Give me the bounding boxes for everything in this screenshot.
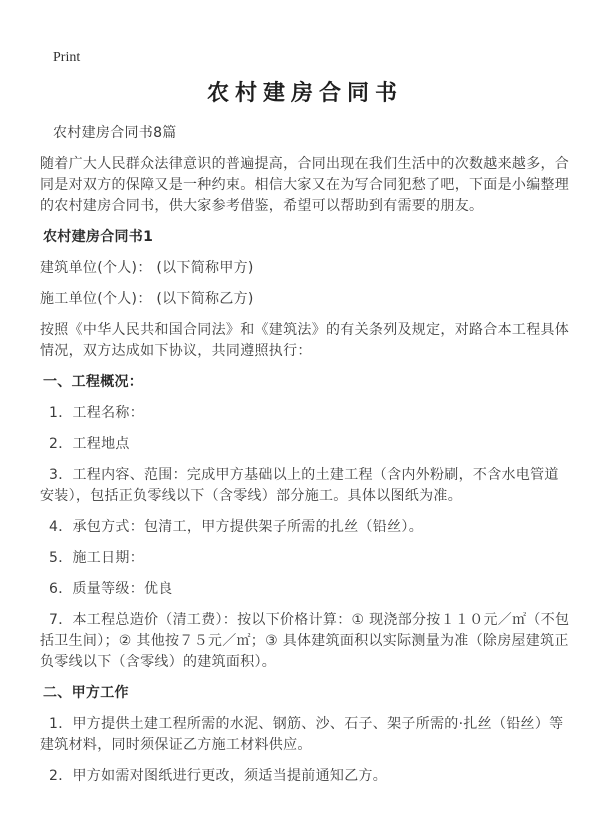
document-page: Print 农村建房合同书 农村建房合同书8篇 随着广大人民群众法律意识的普遍提… xyxy=(0,0,600,828)
intro-paragraph: 随着广大人民群众法律意识的普遍提高，合同出现在我们生活中的次数越来越多，合同是对… xyxy=(40,154,570,217)
item-project-name: 1．工程名称： xyxy=(40,403,570,424)
print-link[interactable]: Print xyxy=(53,50,80,66)
section-heading-party-a-work: 二、甲方工作 xyxy=(43,683,570,704)
item-project-scope: 3．工程内容、范围：完成甲方基础以上的土建工程（含内外粉刷，不含水电管道安装），… xyxy=(40,465,570,507)
preamble-paragraph: 按照《中华人民共和国合同法》和《建筑法》的有关条列及规定，对路合本工程具体情况，… xyxy=(40,320,570,362)
item-construction-date: 5．施工日期： xyxy=(40,548,570,569)
party-b-line: 施工单位(个人)： (以下简称乙方) xyxy=(40,289,570,310)
document-subtitle: 农村建房合同书8篇 xyxy=(53,123,570,144)
item-project-location: 2．工程地点 xyxy=(40,434,570,455)
document-body: 随着广大人民群众法律意识的普遍提高，合同出现在我们生活中的次数越来越多，合同是对… xyxy=(40,154,570,787)
contract-section-title: 农村建房合同书1 xyxy=(43,227,570,248)
item-contract-method: 4．承包方式：包清工，甲方提供架子所需的扎丝（铅丝）。 xyxy=(40,517,570,538)
item-quality-grade: 6．质量等级：优良 xyxy=(40,579,570,600)
party-a-line: 建筑单位(个人)： (以下简称甲方) xyxy=(40,258,570,279)
item-party-a-drawing-changes: 2．甲方如需对图纸进行更改，须适当提前通知乙方。 xyxy=(40,766,570,787)
page-title: 农村建房合同书 xyxy=(40,81,570,107)
item-total-cost: 7．本工程总造价（清工费）：按以下价格计算：① 现浇部分按１１０元／㎡（不包括卫… xyxy=(40,610,570,673)
item-party-a-materials: 1．甲方提供土建工程所需的水泥、钢筋、沙、石子、架子所需的·扎丝（铅丝）等建筑材… xyxy=(40,714,570,756)
section-heading-overview: 一、工程概况： xyxy=(43,372,570,393)
